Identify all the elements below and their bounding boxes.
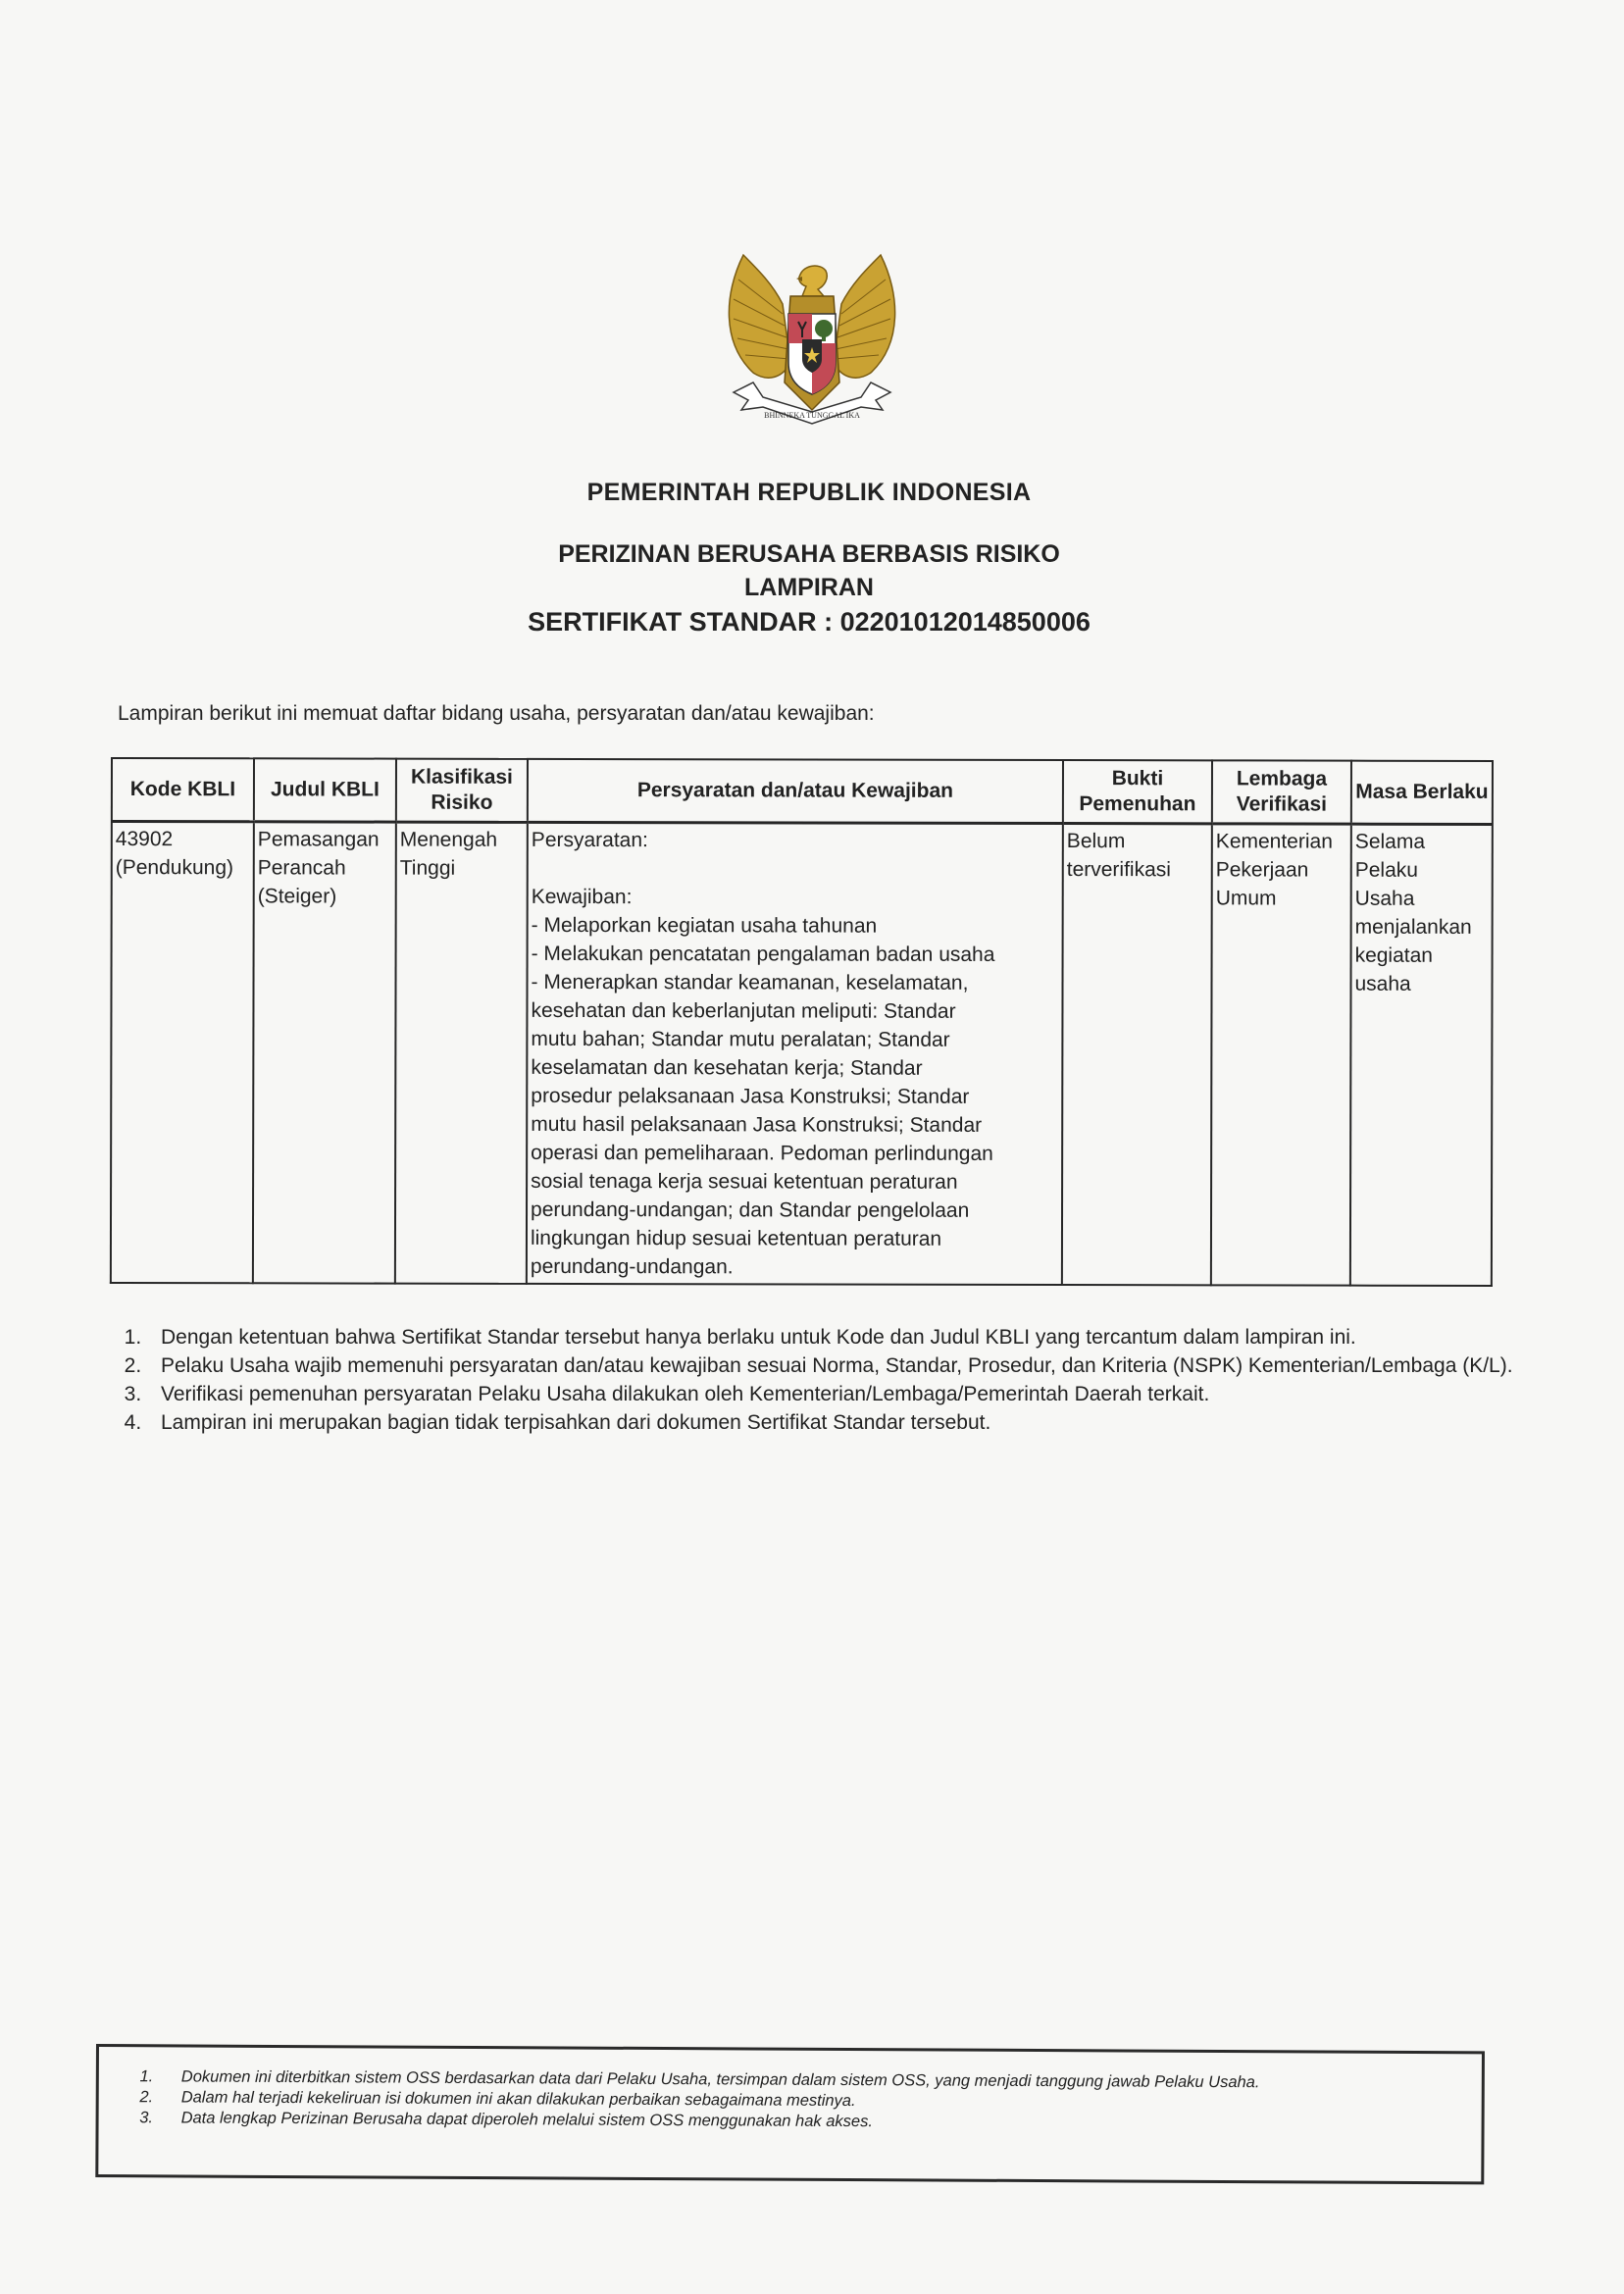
note-item: Verifikasi pemenuhan persyaratan Pelaku …	[147, 1381, 1530, 1407]
cell-lembaga-verifikasi: Kementerian Pekerjaan Umum	[1211, 824, 1351, 1286]
notes-list: Dengan ketentuan bahwa Sertifikat Standa…	[110, 1324, 1530, 1438]
table-row: 43902 (Pendukung) Pemasangan Perancah (S…	[111, 822, 1493, 1286]
cell-judul-kbli: Pemasangan Perancah (Steiger)	[253, 822, 396, 1284]
kewajiban-label: Kewajiban:	[532, 883, 1059, 912]
header-bukti-pemenuhan: Bukti Pemenuhan	[1063, 760, 1212, 824]
header-klasifikasi-risiko: Klasifikasi Risiko	[396, 759, 528, 823]
document-subtitle: LAMPIRAN	[0, 574, 1618, 602]
note-item: Pelaku Usaha wajib memenuhi persyaratan …	[147, 1352, 1530, 1379]
cell-masa-berlaku: Selama Pelaku Usaha menjalankan kegiatan…	[1350, 824, 1493, 1286]
footer-notes-list: Dokumen ini diterbitkan sistem OSS berda…	[99, 2047, 1482, 2135]
svg-text:BHINNEKA TUNGGAL IKA: BHINNEKA TUNGGAL IKA	[764, 411, 860, 420]
note-item: Dengan ketentuan bahwa Sertifikat Standa…	[147, 1324, 1530, 1351]
document-title: PERIZINAN BERUSAHA BERBASIS RISIKO	[0, 540, 1618, 569]
cell-bukti-pemenuhan: Belum terverifikasi	[1062, 824, 1212, 1286]
document-page: BHINNEKA TUNGGAL IKA PEMERINTAH REPUBLIK…	[0, 0, 1624, 2294]
header-persyaratan: Persyaratan dan/atau Kewajiban	[528, 759, 1063, 824]
header-lembaga-verifikasi: Lembaga Verifikasi	[1212, 760, 1351, 824]
table-header-row: Kode KBLI Judul KBLI Klasifikasi Risiko …	[112, 758, 1493, 824]
persyaratan-label: Persyaratan:	[532, 826, 1059, 855]
header-masa-berlaku: Masa Berlaku	[1351, 761, 1493, 825]
cell-klasifikasi-risiko: Menengah Tinggi	[395, 822, 528, 1284]
cell-kode-kbli: 43902 (Pendukung)	[111, 822, 254, 1284]
cell-persyaratan-kewajiban: Persyaratan: Kewajiban: - Melaporkan keg…	[527, 822, 1063, 1285]
kbli-table: Kode KBLI Judul KBLI Klasifikasi Risiko …	[110, 757, 1494, 1287]
header-kode-kbli: Kode KBLI	[112, 758, 254, 822]
intro-text: Lampiran berikut ini memuat daftar bidan…	[118, 702, 875, 726]
footer-disclaimer-box: Dokumen ini diterbitkan sistem OSS berda…	[95, 2044, 1485, 2184]
government-heading: PEMERINTAH REPUBLIK INDONESIA	[0, 479, 1618, 507]
note-item: Lampiran ini merupakan bagian tidak terp…	[147, 1409, 1530, 1436]
garuda-pancasila-emblem-icon: BHINNEKA TUNGGAL IKA	[714, 235, 910, 436]
certificate-number: SERTIFIKAT STANDAR : 02201012014850006	[0, 607, 1618, 637]
header-judul-kbli: Judul KBLI	[254, 758, 396, 822]
